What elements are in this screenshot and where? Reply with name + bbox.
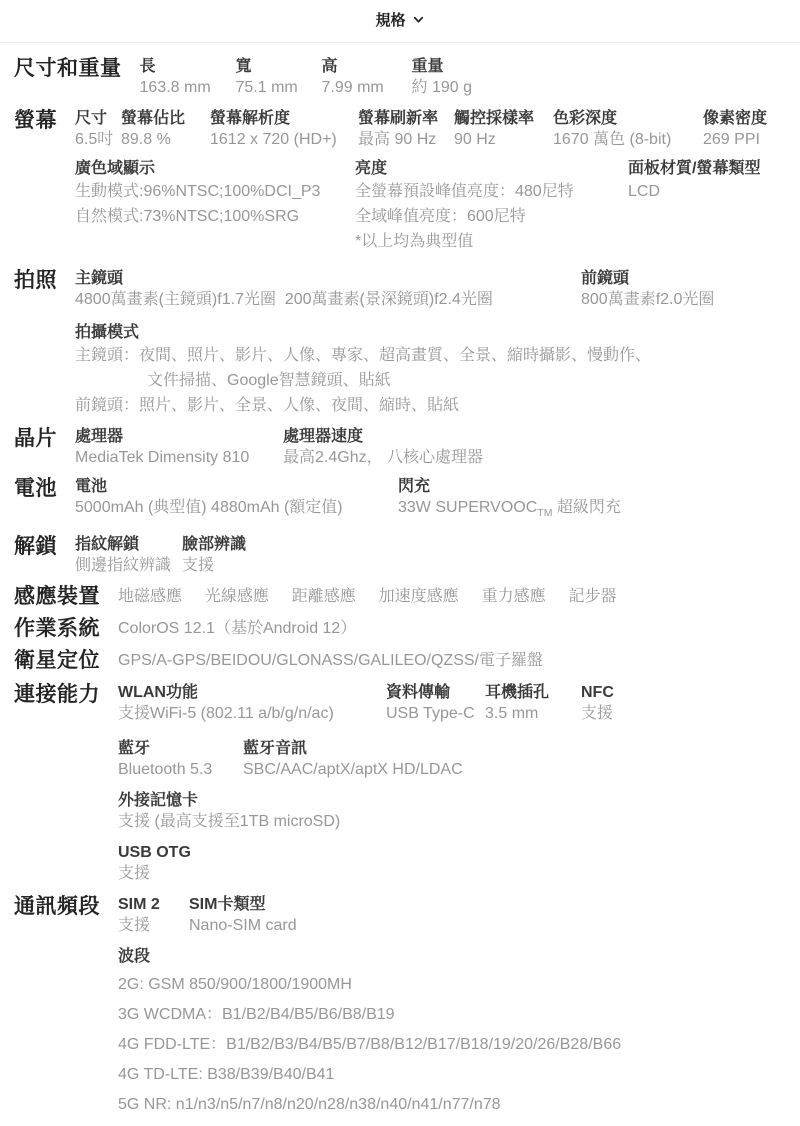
spec-value: 4800萬畫素(主鏡頭)f1.7光圈 200萬畫素(景深鏡頭)f2.4光圈 <box>75 289 581 310</box>
spec-value: 前鏡頭：照片、影片、全景、人像、夜間、縮時、貼紙 <box>75 393 786 418</box>
section-os: 作業系統 ColorOS 12.1（基於Android 12） <box>14 616 786 642</box>
spec-heading: 耳機插孔 <box>485 682 581 703</box>
spec-heading: 螢幕佔比 <box>121 108 210 129</box>
spec-heading: 處理器速度 <box>283 426 786 447</box>
spec-value: 支援 (最高支援至1TB microSD) <box>118 811 786 832</box>
section-chip: 晶片 處理器MediaTek Dimensity 810 處理器速度最高2.4G… <box>14 426 786 468</box>
spec-value: 地磁感應 光線感應 距離感應 加速度感應 重力感應 記步器 <box>118 584 786 610</box>
spec-value: 800萬畫素f2.0光圈 <box>581 289 786 310</box>
chevron-down-icon <box>412 13 425 26</box>
spec-heading: 處理器 <box>75 426 283 447</box>
spec-heading: 廣色域顯示 <box>75 158 355 179</box>
spec-value: 33W SUPERVOOCTM 超級閃充 <box>398 497 786 524</box>
spec-heading: 前鏡頭 <box>581 268 786 289</box>
section-label: 解鎖 <box>14 534 57 560</box>
spec-value: 文件掃描、Google智慧鏡頭、貼紙 <box>75 368 786 393</box>
spec-value: Nano-SIM card <box>189 915 786 936</box>
section-battery: 電池 電池5000mAh (典型值) 4880mAh (額定值) 閃充 33W … <box>14 476 786 524</box>
spec-value: 7.99 mm <box>322 77 412 98</box>
spec-value: 5000mAh (典型值) 4880mAh (額定值) <box>75 497 398 518</box>
spec-heading: 像素密度 <box>703 108 786 129</box>
spec-value: 自然模式:73%NTSC;100%SRG <box>75 204 355 229</box>
spec-heading: WLAN功能 <box>118 682 386 703</box>
spec-heading: 重量 <box>412 56 787 77</box>
spec-heading: 寬 <box>236 56 322 77</box>
band-4g-fdd: 4G FDD-LTE：B1/B2/B3/B4/B5/B7/B8/B12/B17/… <box>118 1030 786 1060</box>
section-label: 作業系統 <box>14 616 100 642</box>
spec-value: 89.8 % <box>121 129 210 150</box>
spec-heading: 藍牙音訊 <box>243 738 786 759</box>
trademark-subscript: TM <box>537 507 552 519</box>
section-gps: 衛星定位 GPS/A-GPS/BEIDOU/GLONASS/GALILEO/QZ… <box>14 648 786 674</box>
spec-value: 生動模式:96%NTSC;100%DCI_P3 <box>75 179 355 204</box>
spec-heading: 閃充 <box>398 476 786 497</box>
section-label: 晶片 <box>14 426 57 452</box>
section-label: 衛星定位 <box>14 648 100 674</box>
spec-value: 1612 x 720 (HD+) <box>210 129 358 150</box>
spec-value: ColorOS 12.1（基於Android 12） <box>118 616 786 642</box>
section-label: 尺寸和重量 <box>14 56 122 82</box>
section-label: 感應裝置 <box>14 584 100 610</box>
spec-heading: 指紋解鎖 <box>75 534 182 555</box>
spec-dropdown-toggle[interactable]: 規格 <box>375 9 424 30</box>
spec-value: 90 Hz <box>454 129 553 150</box>
spec-heading: 電池 <box>75 476 398 497</box>
section-label: 連接能力 <box>14 682 100 708</box>
spec-footnote: *以上均為典型值 <box>355 229 628 254</box>
spec-value: 主鏡頭：夜間、照片、影片、人像、專家、超高畫質、全景、縮時攝影、慢動作、 <box>75 343 786 368</box>
spec-value: Bluetooth 5.3 <box>118 759 243 780</box>
section-sensors: 感應裝置 地磁感應 光線感應 距離感應 加速度感應 重力感應 記步器 <box>14 584 786 610</box>
spec-value: 支援 <box>182 555 786 576</box>
spec-heading: 資料傳輸 <box>386 682 485 703</box>
spec-heading: 面板材質/螢幕類型 <box>628 158 786 179</box>
spec-heading: 觸控採樣率 <box>454 108 553 129</box>
spec-dropdown-label: 規格 <box>375 9 405 30</box>
spec-value: GPS/A-GPS/BEIDOU/GLONASS/GALILEO/QZSS/電子… <box>118 648 786 674</box>
spec-heading: 主鏡頭 <box>75 268 581 289</box>
spec-heading: 螢幕解析度 <box>210 108 358 129</box>
spec-table: 尺寸和重量 長163.8 mm 寬75.1 mm 高7.99 mm 重量約 19… <box>0 43 800 1126</box>
spec-heading: 螢幕刷新率 <box>358 108 454 129</box>
section-label: 電池 <box>14 476 57 502</box>
spec-value: 支援 <box>581 703 786 724</box>
spec-heading: 尺寸 <box>75 108 121 129</box>
section-screen: 螢幕 尺寸6.5吋 螢幕佔比89.8 % 螢幕解析度1612 x 720 (HD… <box>14 108 786 254</box>
spec-value: USB Type-C <box>386 703 485 724</box>
band-5g-nr: 5G NR: n1/n3/n5/n7/n8/n20/n28/n38/n40/n4… <box>118 1090 786 1120</box>
spec-header: 規格 <box>0 0 800 43</box>
spec-value: 269 PPI <box>703 129 786 150</box>
spec-value: SBC/AAC/aptX/aptX HD/LDAC <box>243 759 786 780</box>
spec-value: 最高 90 Hz <box>358 129 454 150</box>
band-4g-td: 4G TD-LTE: B38/B39/B40/B41 <box>118 1060 786 1090</box>
section-connectivity: 連接能力 WLAN功能支援WiFi-5 (802.11 a/b/g/n/ac) … <box>14 682 786 884</box>
spec-value: 3.5 mm <box>485 703 581 724</box>
spec-heading: 亮度 <box>355 158 628 179</box>
section-label: 螢幕 <box>14 108 57 134</box>
color-gamut-block: 廣色域顯示 生動模式:96%NTSC;100%DCI_P3 自然模式:73%NT… <box>75 158 355 229</box>
spec-heading: USB OTG <box>118 842 786 863</box>
band-2g: 2G: GSM 850/900/1800/1900MH <box>118 970 786 1000</box>
section-comm-bands: 通訊頻段 SIM 2支援 SIM卡類型Nano-SIM card 波段 2G: … <box>14 894 786 1120</box>
spec-heading: SIM卡類型 <box>189 894 786 915</box>
spec-value: LCD <box>628 179 786 204</box>
spec-value: 1670 萬色 (8-bit) <box>553 129 703 150</box>
spec-heading: SIM 2 <box>118 894 189 915</box>
sd-card-block: 外接記憶卡 支援 (最高支援至1TB microSD) <box>118 790 786 832</box>
spec-value: 約 190 g <box>412 77 787 98</box>
section-unlock: 解鎖 指紋解鎖側邊指紋辨識 臉部辨識支援 <box>14 534 786 576</box>
band-3g: 3G WCDMA：B1/B2/B4/B5/B6/B8/B19 <box>118 1000 786 1030</box>
spec-value: MediaTek Dimensity 810 <box>75 447 283 468</box>
bands-block: 波段 2G: GSM 850/900/1800/1900MH 3G WCDMA：… <box>118 944 786 1120</box>
spec-value: 側邊指紋辨識 <box>75 555 182 576</box>
spec-heading: 波段 <box>118 944 786 970</box>
spec-value: 支援WiFi-5 (802.11 a/b/g/n/ac) <box>118 703 386 724</box>
spec-heading: 外接記憶卡 <box>118 790 786 811</box>
spec-value: 全螢幕預設峰值亮度：480尼特 <box>355 179 628 204</box>
spec-value: 163.8 mm <box>140 77 236 98</box>
spec-heading: NFC <box>581 682 786 703</box>
spec-heading: 色彩深度 <box>553 108 703 129</box>
usb-otg-block: USB OTG 支援 <box>118 842 786 884</box>
section-label: 拍照 <box>14 268 57 294</box>
spec-value: 支援 <box>118 915 189 936</box>
spec-value: 75.1 mm <box>236 77 322 98</box>
spec-heading: 臉部辨識 <box>182 534 786 555</box>
brightness-block: 亮度 全螢幕預設峰值亮度：480尼特 全域峰值亮度：600尼特 *以上均為典型值 <box>355 158 628 254</box>
section-camera: 拍照 主鏡頭 4800萬畫素(主鏡頭)f1.7光圈 200萬畫素(景深鏡頭)f2… <box>14 268 786 418</box>
shooting-modes-block: 拍攝模式 主鏡頭：夜間、照片、影片、人像、專家、超高畫質、全景、縮時攝影、慢動作… <box>75 322 786 418</box>
spec-heading: 高 <box>322 56 412 77</box>
spec-value: 支援 <box>118 863 786 884</box>
spec-heading: 拍攝模式 <box>75 322 786 343</box>
spec-heading: 長 <box>140 56 236 77</box>
spec-value: 最高2.4Ghz， 八核心處理器 <box>283 447 786 468</box>
spec-value: 6.5吋 <box>75 129 121 150</box>
section-label: 通訊頻段 <box>14 894 100 920</box>
spec-value: 全域峰值亮度：600尼特 <box>355 204 628 229</box>
spec-heading: 藍牙 <box>118 738 243 759</box>
panel-type-block: 面板材質/螢幕類型 LCD <box>628 158 786 204</box>
section-dimensions: 尺寸和重量 長163.8 mm 寬75.1 mm 高7.99 mm 重量約 19… <box>14 56 786 98</box>
